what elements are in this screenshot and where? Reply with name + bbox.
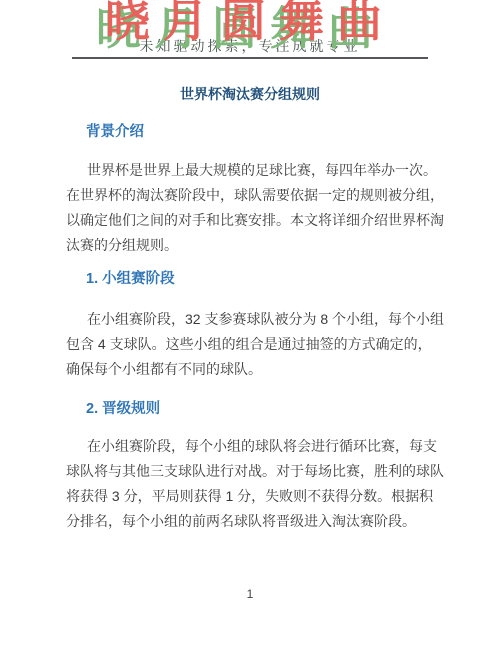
document-content: 背景介绍 世界杯是世界上最大规模的足球比赛，每四年举办一次。 在世界杯的淘汰赛阶…: [0, 122, 500, 534]
section-heading-group-stage: 1. 小组赛阶段: [66, 269, 482, 289]
page-number: 1: [0, 586, 500, 602]
document-page: 未知驱动探索，专注成就专业 晓月圆舞曲 世界杯淘汰赛分组规则 背景介绍 世界杯是…: [0, 0, 500, 647]
header-divider: [72, 57, 428, 59]
page-header: 未知驱动探索，专注成就专业 晓月圆舞曲: [0, 0, 500, 59]
section-heading-advancement-rules: 2. 晋级规则: [66, 399, 482, 419]
section-heading-background: 背景介绍: [66, 122, 482, 142]
document-title: 世界杯淘汰赛分组规则: [0, 84, 500, 104]
paragraph-background: 世界杯是世界上最大规模的足球比赛，每四年举办一次。 在世界杯的淘汰赛阶段中，球队…: [66, 158, 482, 258]
header-tagline: 未知驱动探索，专注成就专业: [0, 36, 500, 56]
paragraph-advancement-rules: 在小组赛阶段，每个小组的球队将会进行循环比赛，每支 球队将与其他三支球队进行对战…: [66, 434, 482, 534]
paragraph-group-stage: 在小组赛阶段，32 支参赛球队被分为 8 个小组，每个小组 包含 4 支球队。这…: [66, 307, 482, 382]
